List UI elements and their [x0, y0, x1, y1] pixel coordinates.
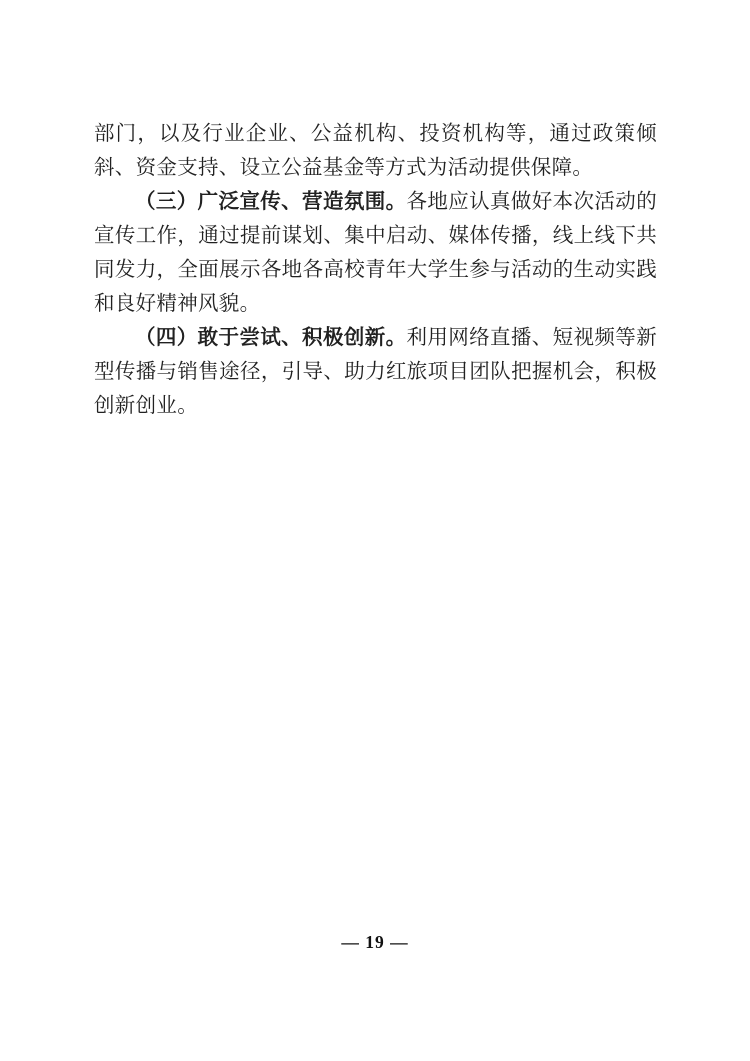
paragraph-item-3: （三）广泛宣传、营造氛围。各地应认真做好本次活动的宣传工作，通过提前谋划、集中启… [94, 185, 657, 321]
paragraph-text: 部门，以及行业企业、公益机构、投资机构等，通过政策倾斜、资金支持、设立公益基金等… [94, 123, 657, 179]
paragraph-continuation: 部门，以及行业企业、公益机构、投资机构等，通过政策倾斜、资金支持、设立公益基金等… [94, 117, 657, 185]
document-body-text: 部门，以及行业企业、公益机构、投资机构等，通过政策倾斜、资金支持、设立公益基金等… [94, 117, 657, 423]
paragraph-item-4: （四）敢于尝试、积极创新。利用网络直播、短视频等新型传播与销售途径，引导、助力红… [94, 321, 657, 423]
paragraph-lead: （四）敢于尝试、积极创新。 [135, 327, 406, 349]
paragraph-lead: （三）广泛宣传、营造氛围。 [135, 191, 406, 213]
document-page: 部门，以及行业企业、公益机构、投资机构等，通过政策倾斜、资金支持、设立公益基金等… [0, 0, 750, 1061]
page-number: — 19 — [0, 932, 750, 953]
